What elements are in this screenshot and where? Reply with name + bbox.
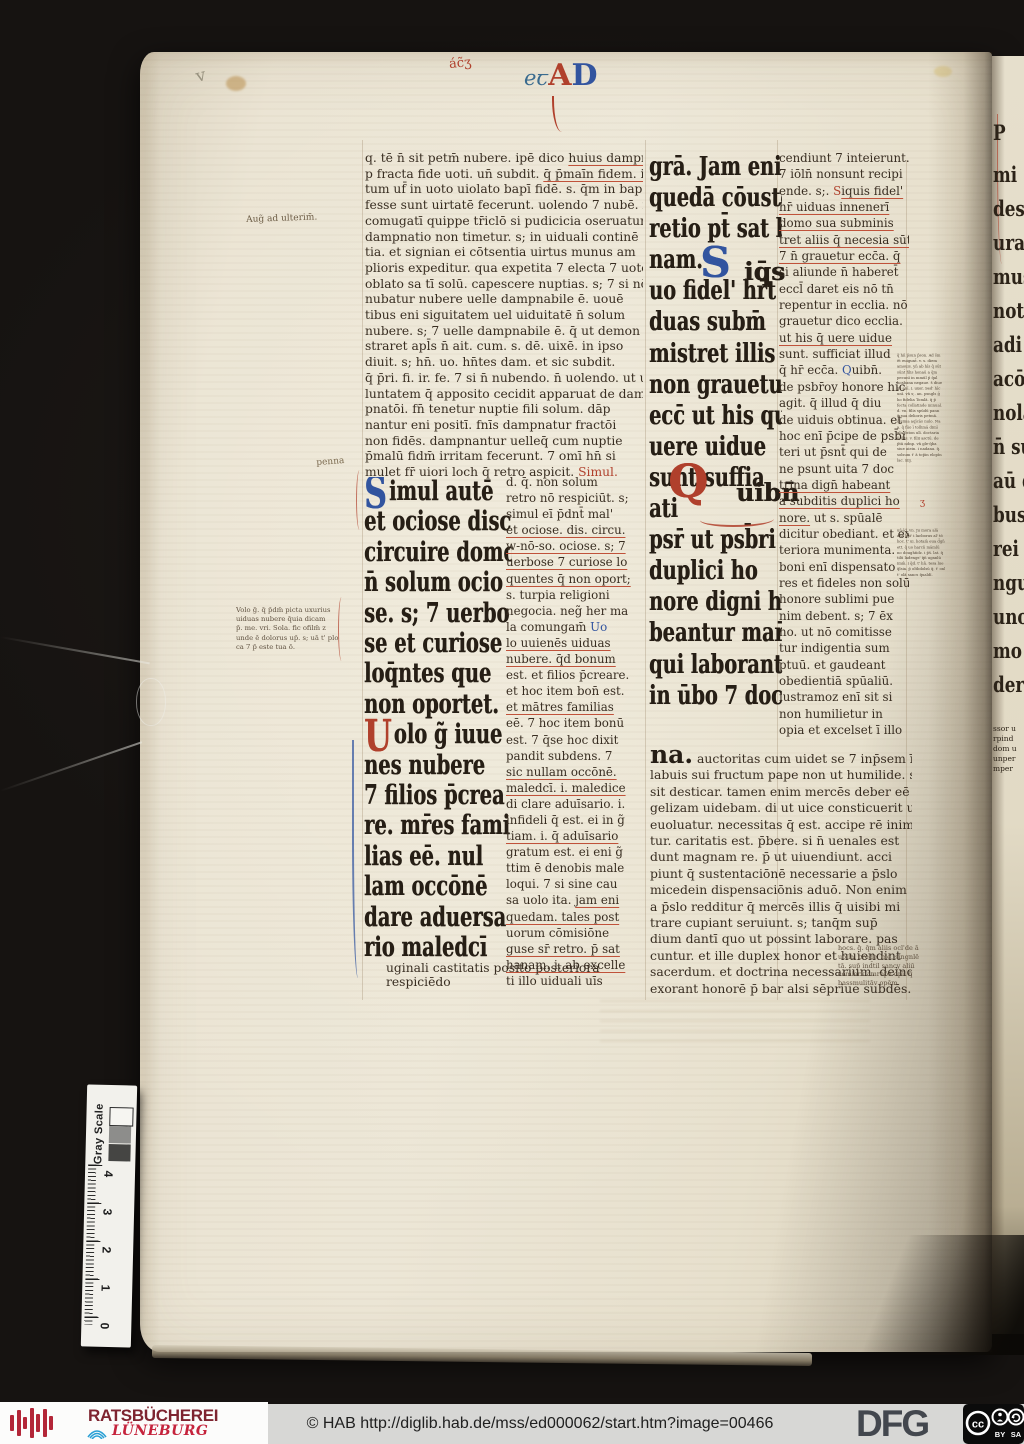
- ruler-numbers: 43210: [81, 1084, 137, 1347]
- stain: [934, 66, 952, 77]
- sa-label: SA: [1011, 1430, 1022, 1439]
- copyright-url: © HAB http://diglib.hab.de/mss/ed000062/…: [290, 1415, 790, 1433]
- pen-flourish: [338, 597, 345, 661]
- text-block-colB-display: grā. Jam eniquedā cōuste stretio pt̄ sat…: [649, 151, 782, 711]
- initial-S-blue: S: [700, 246, 730, 280]
- cc-by-sa-icons: cc BY SA: [963, 1404, 1024, 1444]
- footer-bar: RATSBÜCHEREI LÜNEBURG © HAB http://digli…: [0, 1404, 1024, 1444]
- show-through-text: [600, 1000, 870, 1042]
- clamp-strip-edge: [0, 741, 142, 791]
- margin-word: penna: [316, 456, 345, 468]
- library-bars-icon: [10, 1406, 64, 1440]
- running-title: eꞇAD: [524, 58, 598, 93]
- margin-red-mark: ʒ: [920, 498, 925, 508]
- text-block-colB-gloss: cendiunt 7 inteierunt.7 iōln̄ nonsunt re…: [779, 150, 909, 738]
- initial-flourish-red: [356, 470, 363, 530]
- margin-note-right-1: q̄ hn̄ p̄sun p̄son. Ad s̄mēt euigunt̄. v…: [897, 353, 945, 463]
- ruling-line: [362, 140, 363, 1000]
- title-letter-d: D: [571, 58, 597, 93]
- book-fan-icon: [86, 1424, 108, 1439]
- library-town: LÜNEBURG: [112, 1423, 208, 1439]
- quire-mark: ác̃ʒ: [448, 55, 472, 72]
- grayscale-ruler: Gray Scale 43210: [81, 1084, 137, 1347]
- title-letter-a: A: [548, 58, 571, 93]
- library-logo: RATSBÜCHEREI LÜNEBURG: [0, 1402, 268, 1444]
- by-label: BY: [995, 1430, 1005, 1439]
- cc-license-badge: cc BY SA: [963, 1404, 1024, 1444]
- clamp-loop: [136, 678, 166, 726]
- initial-Q-red: Q: [668, 463, 708, 500]
- text-block-colA-display: Simul autēet ociose discurr̄circuire dom…: [364, 477, 512, 964]
- facing-page-sliver: Pmides curamusnotadiacōnolan̄ suaū qbusr…: [992, 56, 1024, 1334]
- digitized-manuscript-viewer: v ác̃ʒ eꞇAD Aug̃ ad ulterim̄. penna Volo…: [0, 0, 1024, 1444]
- stain: [226, 76, 246, 91]
- text-block-colA-top: q. tē n̄ sit petm̄ nubere. ipē dico huiu…: [365, 151, 643, 481]
- cc-glyph: cc: [972, 1419, 984, 1431]
- text-block-colA-bottom: uginali castitatis posito posteriora res…: [386, 961, 644, 989]
- title-flourish: eꞇ: [524, 66, 548, 90]
- text-block-colA-gloss: d. q̄. non solumretro nō respiciūt. s;si…: [506, 474, 646, 989]
- clamp-strip-edge: [0, 636, 150, 664]
- margin-note-right-2: un̄-īd. vn. Ju mora alāana h̄st' i lacbo…: [897, 528, 945, 578]
- margin-note-right-3: hocs. q̄. q̄m aliis ocl'de āuolla. crede…: [838, 944, 938, 988]
- dfg-logo: DFG: [856, 1403, 928, 1444]
- initial-flourish-blue: [352, 740, 362, 978]
- margin-gloss-left: Volo ḡ. q̄ p̄dm̄ picta uxuriusuiduas nub…: [236, 606, 346, 652]
